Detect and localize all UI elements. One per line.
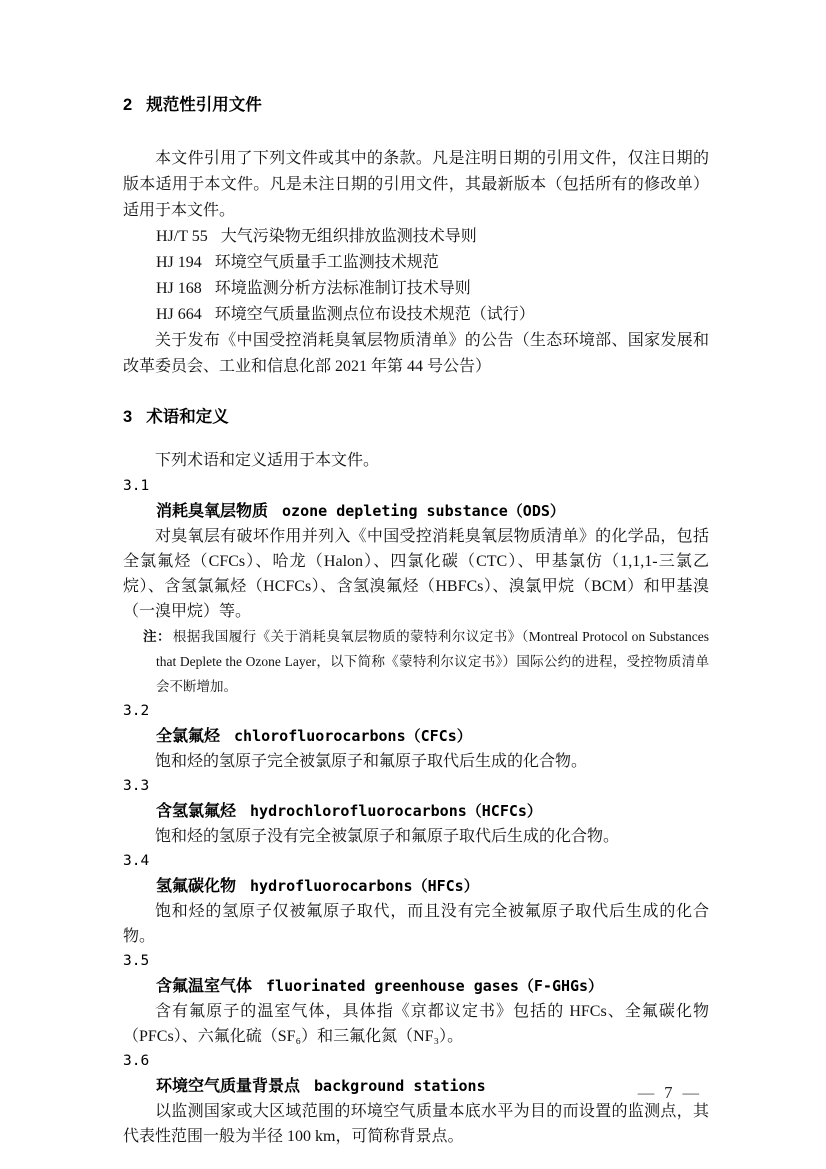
reference-item: HJ 664环境空气质量监测点位布设技术规范（试行） (123, 302, 709, 328)
reference-title: 大气污染物无组织排放监测技术导则 (221, 228, 477, 245)
section-3-intro-paragraph: 下列术语和定义适用于本文件。 (123, 448, 709, 474)
section-3-heading: 3术语和定义 (123, 404, 709, 430)
note-text: 根据我国履行《关于消耗臭氧层物质的蒙特利尔议定书》（Montreal Proto… (156, 629, 709, 694)
terms-section: 3.1 消耗臭氧层物质ozone depleting substance（ODS… (123, 474, 709, 1149)
term-definition: 含有氟原子的温室气体，具体指《京都议定书》包括的 HFCs、全氟碳化物（PFCs… (123, 999, 709, 1049)
note-label: 注： (143, 629, 171, 644)
term-zh: 环境空气质量背景点 (156, 1078, 300, 1095)
term-definition: 饱和烃的氢原子没有完全被氯原子和氟原子取代后生成的化合物。 (123, 824, 709, 849)
term-number: 3.5 (123, 949, 709, 974)
term-number: 3.4 (123, 849, 709, 874)
page-number-dash-right: — (683, 1083, 700, 1102)
term-note: 注：根据我国履行《关于消耗臭氧层物质的蒙特利尔议定书》（Montreal Pro… (156, 624, 709, 699)
page-number-value: 7 (664, 1083, 672, 1102)
reference-title: 环境空气质量监测点位布设技术规范（试行） (215, 306, 535, 323)
section-2-heading: 2规范性引用文件 (123, 92, 709, 118)
section-3-title: 术语和定义 (146, 408, 229, 426)
reference-code: HJ 664 (156, 306, 202, 323)
term-heading: 氢氟碳化物hydrofluorocarbons（HFCs） (123, 874, 709, 899)
term-zh: 含氢氯氟烃 (156, 803, 236, 820)
term-number: 3.6 (123, 1049, 709, 1074)
term-en: fluorinated greenhouse gases（F-GHGs） (266, 977, 603, 995)
term-number: 3.3 (123, 774, 709, 799)
reference-item: HJ 168环境监测分析方法标准制订技术导则 (123, 276, 709, 302)
term-definition: 饱和烃的氢原子仅被氟原子取代，而且没有完全被氟原子取代后生成的化合物。 (123, 899, 709, 949)
term-en: ozone depleting substance（ODS） (282, 502, 565, 520)
term-number: 3.2 (123, 699, 709, 724)
term-heading: 环境空气质量背景点background stations (123, 1074, 709, 1099)
term-definition: 以监测国家或大区域范围的环境空气质量本底水平为目的而设置的监测点，其代表性范围一… (123, 1099, 709, 1149)
term-heading: 含氟温室气体fluorinated greenhouse gases（F-GHG… (123, 974, 709, 999)
reference-item: HJ 194环境空气质量手工监测技术规范 (123, 250, 709, 276)
reference-title: 环境监测分析方法标准制订技术导则 (215, 280, 471, 297)
term-heading: 消耗臭氧层物质ozone depleting substance（ODS） (123, 499, 709, 524)
term-en: hydrochlorofluorocarbons（HCFCs） (250, 802, 542, 820)
reference-list: HJ/T 55大气污染物无组织排放监测技术导则 HJ 194环境空气质量手工监测… (123, 224, 709, 328)
reference-item: HJ/T 55大气污染物无组织排放监测技术导则 (123, 224, 709, 250)
reference-title: 环境空气质量手工监测技术规范 (215, 254, 439, 271)
term-definition: 对臭氧层有破坏作用并列入《中国受控消耗臭氧层物质清单》的化学品，包括全氯氟烃（C… (123, 524, 709, 624)
reference-code: HJ 194 (156, 254, 202, 271)
term-en: chlorofluorocarbons（CFCs） (234, 727, 472, 745)
document-page: 2规范性引用文件 本文件引用了下列文件或其中的条款。凡是注明日期的引用文件，仅注… (0, 0, 826, 1169)
term-zh: 消耗臭氧层物质 (156, 503, 268, 520)
page-number-dash-left: — (638, 1083, 655, 1102)
term-zh: 全氯氟烃 (156, 728, 220, 745)
term-heading: 含氢氯氟烃hydrochlorofluorocarbons（HCFCs） (123, 799, 709, 824)
section-2-intro-paragraph: 本文件引用了下列文件或其中的条款。凡是注明日期的引用文件，仅注日期的版本适用于本… (123, 146, 709, 224)
term-zh: 含氟温室气体 (156, 978, 252, 995)
section-2-title: 规范性引用文件 (146, 96, 262, 114)
page-number: —7— (628, 1080, 709, 1106)
term-number: 3.1 (123, 474, 709, 499)
term-zh: 氢氟碳化物 (156, 878, 236, 895)
term-definition: 饱和烃的氢原子完全被氯原子和氟原子取代后生成的化合物。 (123, 749, 709, 774)
announcement-paragraph: 关于发布《中国受控消耗臭氧层物质清单》的公告（生态环境部、国家发展和改革委员会、… (123, 328, 709, 380)
term-en: hydrofluorocarbons（HFCs） (250, 877, 479, 895)
reference-code: HJ/T 55 (156, 228, 208, 245)
section-2-number: 2 (123, 96, 132, 114)
reference-code: HJ 168 (156, 280, 202, 297)
term-en: background stations (314, 1077, 486, 1095)
term-heading: 全氯氟烃chlorofluorocarbons（CFCs） (123, 724, 709, 749)
section-3-number: 3 (123, 408, 132, 426)
